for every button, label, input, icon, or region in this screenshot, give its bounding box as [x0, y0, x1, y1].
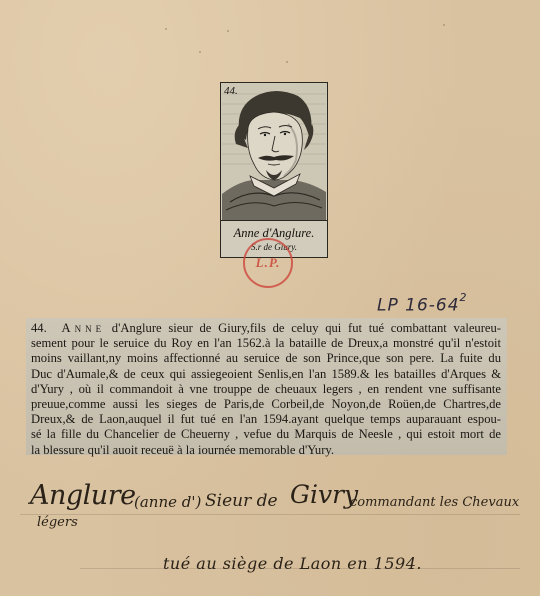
- paper-speck: [286, 61, 288, 63]
- shelfmark-main: LP 16-64: [377, 296, 460, 316]
- entry-first-word: Anne: [61, 321, 105, 335]
- entry-number: 44.: [31, 321, 47, 335]
- paper-speck: [199, 51, 201, 53]
- pencil-rule: [20, 514, 520, 515]
- portrait-illustration: [222, 84, 326, 220]
- handwritten-place: Givry: [290, 480, 358, 509]
- printed-line: sement pour le seruice du Roy en l'an 15…: [31, 336, 501, 351]
- handwritten-role: commandant les Chevaux: [350, 495, 519, 510]
- portrait-engraving: 44. Anne d'Anglure. S.r de Giury.: [220, 82, 328, 258]
- plate-number: 44.: [224, 85, 238, 97]
- printed-line: preuue,comme aussi les sieges de Paris,d…: [31, 397, 501, 412]
- shelfmark-superscript: 2: [460, 291, 468, 304]
- handwritten-death-note: tué au siège de Laon en 1594.: [163, 554, 422, 573]
- library-stamp-text: L.P.: [256, 255, 281, 271]
- printed-line: 44. Anne d'Anglure sieur de Giury,fils d…: [31, 321, 501, 336]
- printed-line: Dreux,& de Laon,auquel il fut tué en l'a…: [31, 412, 501, 427]
- printed-line: moins vaillant,ny moins affectionné au s…: [31, 351, 501, 366]
- printed-line: d'Yury , où il commandoit à vne trouppe …: [31, 382, 501, 397]
- handwritten-surname: Anglure: [30, 480, 136, 511]
- printed-line: Duc d'Aumale,& de ceux qui assiegeoient …: [31, 367, 501, 382]
- printed-line: la blessure qu'il auoit receuë à la iour…: [31, 443, 501, 458]
- paper-speck: [227, 30, 229, 32]
- printed-line: sé la fille du Chancelier de Cheuerny , …: [31, 427, 501, 442]
- shelfmark: LP 16-642: [377, 294, 468, 316]
- handwritten-sieur-de: Sieur de: [205, 491, 278, 511]
- handwritten-role-continued: légers: [37, 515, 78, 530]
- library-stamp: L.P.: [243, 238, 293, 288]
- handwritten-given-name: (anne d'): [134, 493, 201, 511]
- printed-biography: 44. Anne d'Anglure sieur de Giury,fils d…: [26, 318, 507, 455]
- paper-speck: [443, 24, 445, 26]
- archival-sheet: 44. Anne d'Anglure. S.r de Giury. L.P. L…: [0, 0, 540, 596]
- paper-speck: [165, 28, 167, 30]
